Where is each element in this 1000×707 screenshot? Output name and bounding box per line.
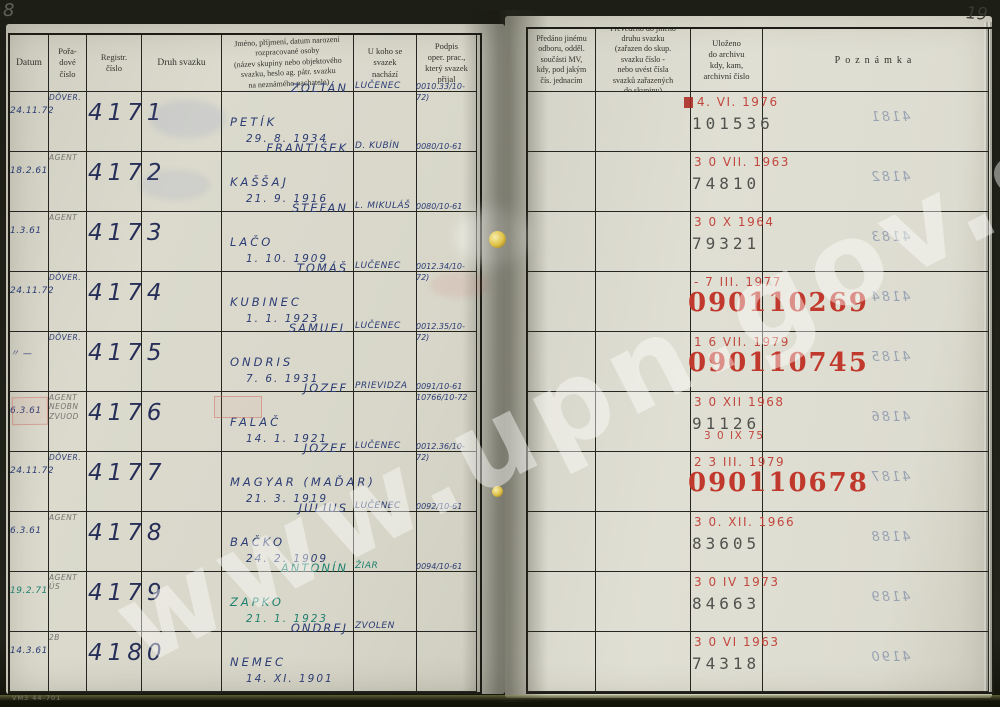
table-cell <box>354 212 417 272</box>
faded-stamp-outline <box>214 396 262 418</box>
table-cell <box>763 152 989 212</box>
table-cell <box>691 212 763 272</box>
table-cell <box>596 632 691 692</box>
table-cell <box>10 212 49 272</box>
table-cell <box>87 512 142 572</box>
table-cell <box>596 512 691 572</box>
table-cell <box>10 332 49 392</box>
table-cell <box>49 272 87 332</box>
table-cell <box>691 452 763 512</box>
left-table: Datum Pořa- dové číslo Registr. číslo Dr… <box>8 33 482 694</box>
table-cell <box>10 272 49 332</box>
binding-grommet <box>489 231 506 248</box>
table-cell <box>354 512 417 572</box>
table-cell <box>49 152 87 212</box>
table-cell <box>354 92 417 152</box>
table-cell <box>222 632 354 692</box>
table-cell <box>691 632 763 692</box>
table-cell <box>691 332 763 392</box>
table-cell <box>596 152 691 212</box>
ink-bleed-ghost <box>140 170 210 200</box>
table-cell <box>596 392 691 452</box>
table-cell <box>10 572 49 632</box>
table-cell <box>87 452 142 512</box>
table-cell <box>49 632 87 692</box>
header-druh-svazku: Druh svazku <box>142 35 222 92</box>
table-cell <box>691 392 763 452</box>
binding-shadow <box>462 10 548 702</box>
table-cell <box>596 332 691 392</box>
header-poradove-cislo: Pořa- dové číslo <box>49 35 87 92</box>
table-cell <box>10 632 49 692</box>
table-cell <box>49 572 87 632</box>
table-cell <box>596 92 691 152</box>
table-cell <box>354 452 417 512</box>
table-cell <box>49 212 87 272</box>
table-cell <box>763 392 989 452</box>
table-cell <box>354 272 417 332</box>
table-cell <box>10 452 49 512</box>
table-cell <box>142 392 222 452</box>
form-code: VM3 44-701 <box>12 694 61 702</box>
table-cell <box>142 212 222 272</box>
table-cell <box>142 332 222 392</box>
table-cell <box>87 332 142 392</box>
table-cell <box>763 452 989 512</box>
header-ulozeno: Uloženo do archivu kdy, kam, archivní čí… <box>691 29 763 92</box>
table-cell <box>87 572 142 632</box>
header-poznamka: Poznámka <box>763 29 989 92</box>
table-cell <box>10 152 49 212</box>
table-cell <box>87 92 142 152</box>
right-table: Předáno jinému odboru, odděl. součásti M… <box>526 27 994 694</box>
table-cell <box>763 332 989 392</box>
table-cell <box>596 572 691 632</box>
table-cell <box>354 572 417 632</box>
table-cell <box>222 452 354 512</box>
table-cell <box>354 392 417 452</box>
table-cell <box>142 512 222 572</box>
table-cell <box>222 212 354 272</box>
table-cell <box>222 332 354 392</box>
binding-grommet <box>492 486 503 497</box>
table-cell <box>87 212 142 272</box>
faded-stamp-outline <box>12 397 48 426</box>
table-cell <box>10 92 49 152</box>
table-cell <box>142 572 222 632</box>
table-cell <box>691 512 763 572</box>
table-cell <box>49 92 87 152</box>
registry-book-photo: Datum Pořa- dové číslo Registr. číslo Dr… <box>0 0 1000 707</box>
table-cell <box>49 452 87 512</box>
header-jmeno: Jméno, příjmení, datum narození rozpraco… <box>222 35 354 92</box>
table-cell <box>222 152 354 212</box>
table-cell <box>596 452 691 512</box>
table-cell <box>49 332 87 392</box>
page-number: 19 <box>965 3 988 24</box>
table-cell <box>763 632 989 692</box>
header-jmeno-text: Jméno, příjmení, datum narození rozpraco… <box>233 35 343 91</box>
table-cell <box>763 92 989 152</box>
table-cell <box>763 272 989 332</box>
header-datum: Datum <box>10 35 49 92</box>
table-cell <box>10 512 49 572</box>
table-cell <box>142 632 222 692</box>
corner-pencil-mark: 8 <box>3 0 14 21</box>
table-cell <box>142 272 222 332</box>
table-cell <box>87 272 142 332</box>
table-cell <box>691 92 763 152</box>
table-cell <box>222 92 354 152</box>
header-prevedeno: Převedeno do jiného druhu svazku (zařaze… <box>596 29 691 92</box>
table-cell <box>596 272 691 332</box>
table-cell <box>222 572 354 632</box>
table-cell <box>763 212 989 272</box>
table-cell <box>691 572 763 632</box>
header-u-koho: U koho se svazek nachází <box>354 35 417 92</box>
table-cell <box>596 212 691 272</box>
table-cell <box>49 512 87 572</box>
table-cell <box>142 452 222 512</box>
table-cell <box>354 152 417 212</box>
table-cell <box>87 152 142 212</box>
table-cell <box>87 392 142 452</box>
table-cell <box>222 272 354 332</box>
table-cell <box>354 632 417 692</box>
table-cell <box>87 632 142 692</box>
book-edge <box>0 695 1000 701</box>
header-registr-cislo: Registr. číslo <box>87 35 142 92</box>
table-cell <box>222 512 354 572</box>
table-cell <box>49 392 87 452</box>
table-cell <box>354 332 417 392</box>
table-cell <box>691 152 763 212</box>
ink-bleed-ghost <box>150 100 225 138</box>
table-cell <box>691 272 763 332</box>
table-cell <box>763 512 989 572</box>
table-cell <box>763 572 989 632</box>
